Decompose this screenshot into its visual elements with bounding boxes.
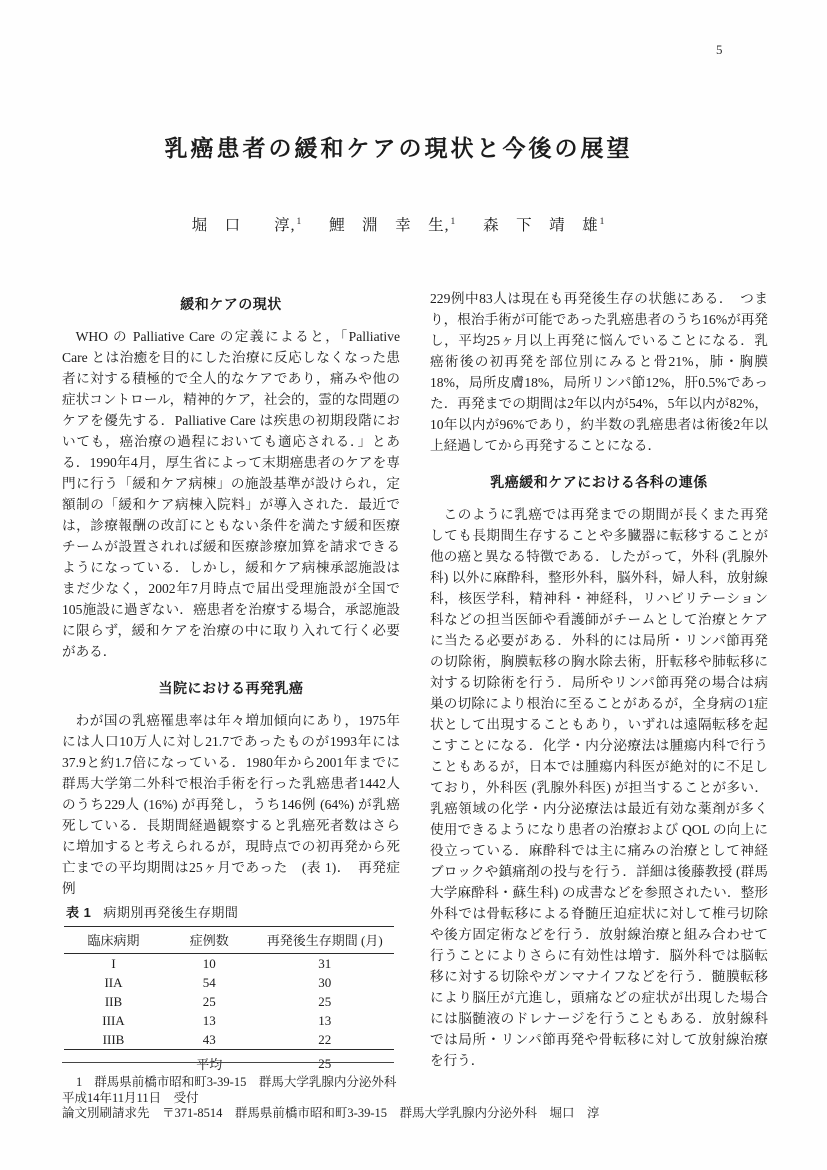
cell-survival: 22 <box>255 1030 394 1050</box>
right-column: 229例中83人は現在も再発後生存の状態にある． つまり，根治手術が可能であった… <box>430 288 768 1071</box>
table-row: IIA 54 30 <box>64 973 394 992</box>
paragraph-recurrent-breast-cancer: わが国の乳癌罹患率は年々増加傾向にあり，1975年には人口10万人に対し21.7… <box>62 710 400 899</box>
cell-stage: IIA <box>64 973 163 992</box>
cell-stage: IIIA <box>64 1011 163 1030</box>
author-3-affiliation-mark: 1 <box>600 217 606 227</box>
table1-caption: 表 1病期別再発後生存期間 <box>66 902 394 921</box>
table1-caption-label: 表 1 <box>66 905 91 920</box>
author-line: 堀 口 淳,1 鯉 淵 幸 生,1 森 下 靖 雄1 <box>0 213 797 235</box>
footnote-separator <box>62 1062 394 1063</box>
table-row: IIIA 13 13 <box>64 1011 394 1030</box>
cell-survival: 25 <box>255 992 394 1011</box>
cell-cases: 43 <box>163 1030 255 1050</box>
author-3-name: 森 下 靖 雄 <box>483 217 599 234</box>
cell-stage: I <box>64 954 163 974</box>
cell-cases: 25 <box>163 992 255 1011</box>
cell-stage: IIIB <box>64 1030 163 1050</box>
cell-survival: 31 <box>255 954 394 974</box>
footnote-received-date: 平成14年11月11日 受付 <box>62 1091 772 1107</box>
paragraph-recurrent-breast-cancer-continued: 229例中83人は現在も再発後生存の状態にある． つまり，根治手術が可能であった… <box>430 288 768 456</box>
cell-survival: 13 <box>255 1011 394 1030</box>
cell-cases: 10 <box>163 954 255 974</box>
paragraph-department-collaboration: このように乳癌では再発までの期間が長くまた再発しても長期間生存することや多臓器に… <box>430 504 768 1071</box>
left-column: 緩和ケアの現状 WHO の Palliative Care の定義によると，「P… <box>62 288 400 899</box>
col-header-survival-months: 再発後生存期間 (月) <box>255 927 394 954</box>
table-row: IIIB 43 22 <box>64 1030 394 1050</box>
table-row: I 10 31 <box>64 954 394 974</box>
section-heading-recurrent-breast-cancer: 当院における再発乳癌 <box>62 678 400 699</box>
footnote-affiliation-marker: 1 <box>76 1075 82 1089</box>
author-2-name: 鯉 淵 幸 生, <box>329 217 449 234</box>
table-header-row: 臨床病期 症例数 再発後生存期間 (月) <box>64 927 394 954</box>
table-row: IIB 25 25 <box>64 992 394 1011</box>
footnote-reprint-request: 論文別刷請求先 〒371-8514 群馬県前橋市昭和町3-39-15 群馬大学乳… <box>62 1106 772 1122</box>
col-header-case-count: 症例数 <box>163 927 255 954</box>
paper-title: 乳癌患者の緩和ケアの現状と今後の展望 <box>0 130 797 163</box>
footnote-affiliation: 1群馬県前橋市昭和町3-39-15 群馬大学乳腺内分泌外科 <box>62 1075 772 1091</box>
table1-caption-title: 病期別再発後生存期間 <box>103 905 238 920</box>
footnotes: 1群馬県前橋市昭和町3-39-15 群馬大学乳腺内分泌外科 平成14年11月11… <box>62 1075 772 1122</box>
page-number: 5 <box>716 42 723 58</box>
table1-block: 表 1病期別再発後生存期間 臨床病期 症例数 再発後生存期間 (月) I 10 … <box>64 902 394 1076</box>
cell-survival: 30 <box>255 973 394 992</box>
section-heading-department-collaboration: 乳癌緩和ケアにおける各科の連係 <box>430 472 768 493</box>
author-2: 鯉 淵 幸 生,1 <box>329 217 456 234</box>
author-1: 堀 口 淳,1 <box>192 217 303 234</box>
footnote-affiliation-text: 群馬県前橋市昭和町3-39-15 群馬大学乳腺内分泌外科 <box>94 1075 396 1089</box>
cell-cases: 54 <box>163 973 255 992</box>
author-2-affiliation-mark: 1 <box>451 217 457 227</box>
cell-stage: IIB <box>64 992 163 1011</box>
author-1-affiliation-mark: 1 <box>296 217 302 227</box>
paragraph-palliative-care-status: WHO の Palliative Care の定義によると，「Palliativ… <box>62 326 400 662</box>
col-header-clinical-stage: 臨床病期 <box>64 927 163 954</box>
cell-cases: 13 <box>163 1011 255 1030</box>
paper-page: 5 乳癌患者の緩和ケアの現状と今後の展望 堀 口 淳,1 鯉 淵 幸 生,1 森… <box>0 0 827 1170</box>
section-heading-palliative-care-status: 緩和ケアの現状 <box>62 294 400 315</box>
author-1-name: 堀 口 淳, <box>192 217 296 234</box>
table1-survival-by-stage: 臨床病期 症例数 再発後生存期間 (月) I 10 31 IIA 54 30 I… <box>64 926 394 1076</box>
author-3: 森 下 靖 雄1 <box>483 217 605 234</box>
